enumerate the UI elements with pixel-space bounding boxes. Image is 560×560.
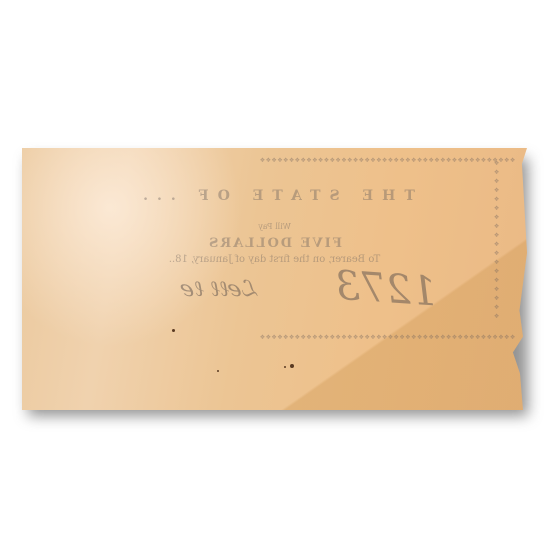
ink-speck — [217, 370, 219, 372]
amount-text: FIVE DOLLARS — [22, 236, 527, 251]
handwritten-signature: ℒℯℓℓ ℓℯ — [182, 276, 258, 302]
top-border-ornament: ❖❖❖❖❖❖❖❖❖❖❖❖❖❖❖❖❖❖❖❖❖❖❖❖❖❖❖❖❖❖❖❖❖❖❖❖❖❖❖❖… — [62, 156, 515, 164]
show-through-print: ❖❖❖❖❖❖❖❖❖❖❖❖❖❖❖❖❖❖❖❖❖❖❖❖❖❖❖❖❖❖❖❖❖❖❖❖❖❖❖❖… — [22, 148, 527, 410]
ink-speck — [172, 329, 175, 332]
terms-text: To Bearer, on the first day of January, … — [22, 254, 527, 265]
banknote-reverse: ❖❖❖❖❖❖❖❖❖❖❖❖❖❖❖❖❖❖❖❖❖❖❖❖❖❖❖❖❖❖❖❖❖❖❖❖❖❖❖❖… — [22, 148, 527, 410]
ink-speck — [290, 364, 294, 368]
note-title: THE STATE OF ... — [22, 188, 527, 204]
will-pay-text: Will Pay — [22, 222, 527, 231]
ink-speck — [284, 366, 286, 368]
bottom-border-ornament: ❖❖❖❖❖❖❖❖❖❖❖❖❖❖❖❖❖❖❖❖❖❖❖❖❖❖❖❖❖❖❖❖❖❖❖❖❖❖❖❖… — [62, 333, 515, 341]
handwritten-serial: 1273 — [334, 263, 439, 316]
